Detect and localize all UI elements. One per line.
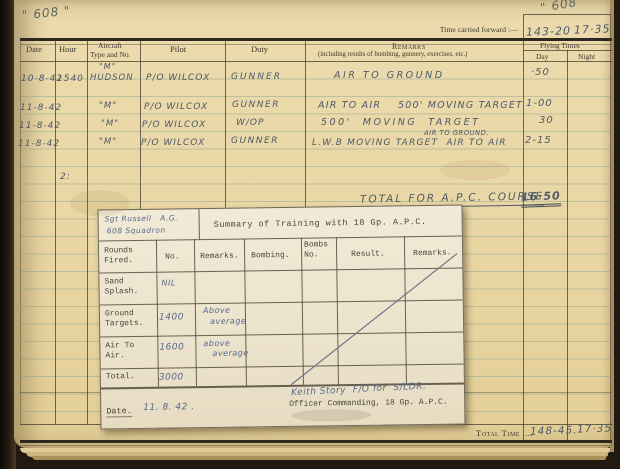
card-row3-no: 1600 — [159, 342, 184, 352]
row4-day-time: 2-15 — [525, 135, 552, 146]
card-owner-squadron: 608 Squadron — [107, 226, 166, 236]
row3-pilot: P/O WILCOX — [142, 120, 206, 130]
row2-duty: GUNNER — [232, 100, 280, 110]
card-header-result: Result. — [351, 250, 385, 259]
card-row2-label-1: Ground — [105, 309, 134, 318]
card-header-remarks: Remarks. — [200, 252, 239, 262]
row3-remarks: 500' MOVING TARGET — [321, 117, 480, 128]
row3-day-time: 30 — [539, 115, 554, 126]
row4-aircraft-mark: "M" — [99, 137, 117, 147]
row2-pilot: P/O WILCOX — [144, 102, 208, 112]
col-header-day: Day — [536, 52, 549, 61]
stray-mark: 2: — [60, 172, 71, 182]
card-row2-label-2: Targets. — [105, 319, 144, 329]
row1-pilot: P/O WILCOX — [146, 73, 210, 83]
col-line-left — [20, 39, 21, 425]
card-header-rounds-2: Fired. — [104, 256, 133, 265]
col-header-night: Night — [578, 52, 595, 61]
total-time-day-value: 148-45. — [530, 424, 578, 438]
card-row2-remark-2: average — [210, 316, 246, 326]
col-line-date-hour — [55, 39, 56, 425]
card-row1-label-1: Sand — [104, 277, 123, 286]
card-row2-remark-1: Above — [203, 306, 231, 315]
card-header-no: No. — [165, 252, 180, 261]
training-summary-card: Sgt Russell A.G. 608 Squadron Summary of… — [97, 204, 465, 429]
card-row3-remark-2: average — [212, 348, 248, 358]
row4-remarks-note: AIR TO GROUND. — [424, 129, 489, 137]
row4-date: 11-8-42 — [18, 139, 60, 149]
carried-forward-night-value: 17·35 — [574, 22, 611, 36]
row1-remarks: AIR TO GROUND — [334, 70, 445, 81]
carried-forward-day-value: 143-20 — [526, 24, 571, 39]
carried-forward-label: Time carried forward :— — [400, 25, 518, 34]
card-row1-label-2: Splash. — [105, 287, 139, 296]
row1-day-time: ·50 — [531, 67, 550, 78]
row1-aircraft-mark: "M" — [99, 62, 116, 71]
table-bottom-rule-2 — [20, 445, 612, 446]
col-header-date: Date — [26, 44, 42, 54]
col-header-flying-times: Flying Times — [540, 41, 580, 50]
col-line-remarks-day — [523, 14, 524, 441]
card-owner-name: Sgt Russell A.G. — [105, 213, 179, 223]
row2-remarks: AIR TO AIR 500' MOVING TARGET — [318, 100, 523, 111]
page-stack-edge — [32, 456, 606, 460]
row4-remarks: L.W.B MOVING TARGET AIR TO AIR — [312, 138, 507, 148]
card-row4-label: Total. — [106, 372, 135, 381]
row4-pilot: P/O WILCOX — [141, 138, 205, 148]
row2-aircraft-mark: "M" — [99, 101, 117, 111]
row1-aircraft-type: HUDSON — [90, 73, 134, 83]
col-line-right — [610, 14, 611, 441]
row4-duty: GUNNER — [231, 136, 279, 146]
card-header-remarks-right: Remarks. — [413, 249, 452, 259]
card-row2-no: 1400 — [159, 312, 184, 322]
card-date-label: Date. — [106, 406, 132, 417]
card-row3-remark-1: above — [203, 339, 230, 348]
card-row4-no: 3000 — [159, 372, 184, 382]
total-time-night-value: 17·35 — [577, 422, 612, 435]
diagonal-strike-line — [98, 205, 464, 428]
col-line-day-night — [567, 50, 568, 441]
row2-day-time: 1-00 — [526, 98, 553, 109]
card-header-rounds-1: Rounds — [104, 246, 133, 255]
row2-date: 11-8-42 — [20, 103, 62, 113]
card-header-bombs-1: Bombs — [304, 240, 328, 249]
col-header-aircraft-1: Aircraft — [98, 41, 122, 50]
card-row1-no: NIL — [161, 278, 175, 287]
col-header-hour: Hour — [59, 44, 76, 54]
row3-aircraft-mark: "M" — [101, 119, 119, 129]
total-time-label: Total Time ... — [476, 428, 533, 438]
apc-total-value: 16·50 — [521, 189, 561, 207]
col-header-remarks: Remarks — [392, 42, 426, 51]
card-header-bombing: Bombing. — [251, 251, 290, 261]
card-row3-label-2: Air. — [105, 351, 124, 360]
col-line-hour-aircraft — [87, 39, 88, 425]
row1-duty: GUNNER — [231, 72, 282, 82]
row3-date: 11-8-42 — [19, 121, 61, 131]
card-header-bombs-2: No. — [304, 250, 319, 259]
row3-duty: W/OP — [236, 118, 264, 128]
col-header-aircraft-2: Type and No. — [90, 50, 131, 59]
col-header-pilot: Pilot — [170, 44, 186, 54]
logbook-photo: Date Hour Aircraft Type and No. Pilot Du… — [0, 0, 620, 469]
col-header-duty: Duty — [251, 44, 268, 54]
carried-forward-box-top — [523, 14, 611, 15]
col-header-remarks-sub: (including results of bombing, gunnery, … — [318, 51, 467, 58]
card-row3-label-1: Air To — [105, 341, 134, 350]
row1-hour: 1540 — [57, 74, 84, 84]
card-date-value: 11. 8. 42 . — [143, 402, 194, 413]
